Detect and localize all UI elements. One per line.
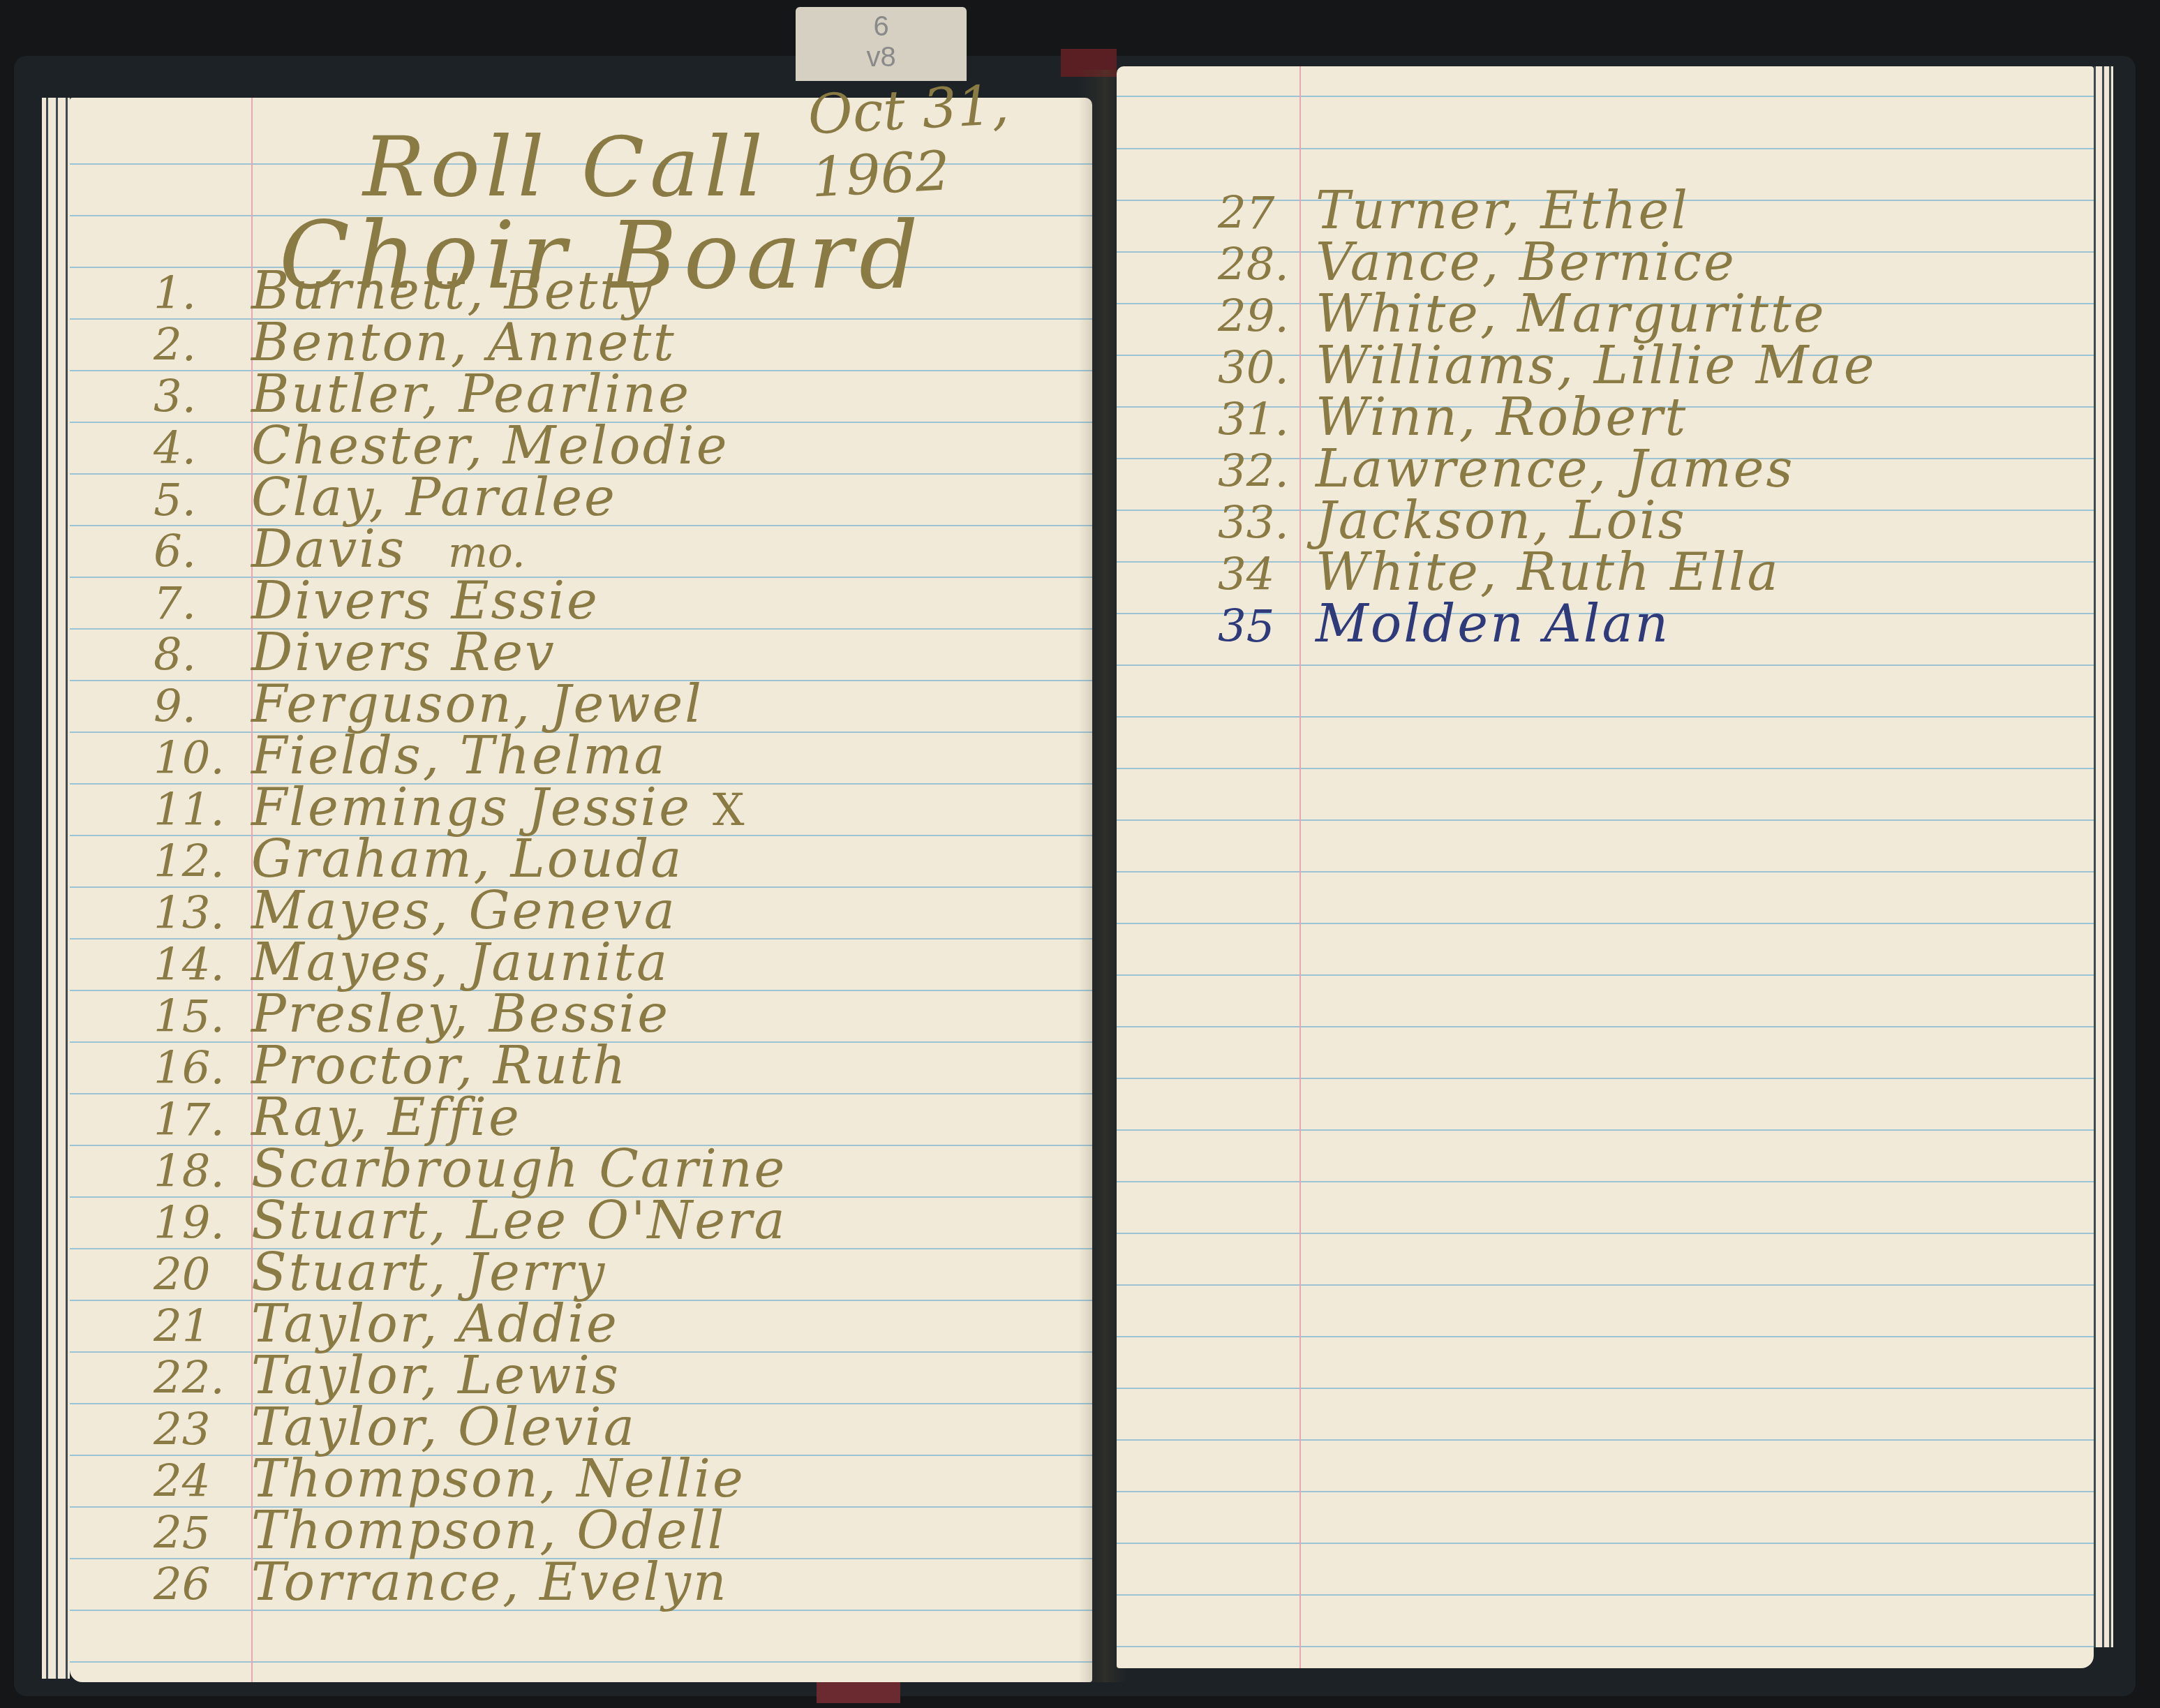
roll-entry: 29.White, Marguritte — [1218, 288, 1877, 340]
entry-name: Thompson, Nellie — [251, 1453, 745, 1505]
entry-name: Divers Essie — [251, 575, 599, 627]
page-edges-right — [2094, 66, 2113, 1647]
roll-entry: 11.Flemings JessieX — [154, 782, 787, 833]
entry-name: Davis — [251, 523, 406, 575]
roll-entry: 8.Divers Rev — [154, 627, 787, 678]
entry-number: 33. — [1218, 498, 1316, 549]
entry-name: Proctor, Ruth — [251, 1040, 628, 1092]
entry-number: 7. — [154, 578, 251, 630]
entry-number: 2. — [154, 320, 251, 371]
roll-entry: 21Taylor, Addie — [154, 1298, 787, 1350]
entry-name: Clay, Paralee — [251, 472, 617, 523]
entry-number: 18. — [154, 1146, 251, 1198]
entry-name: Ferguson, Jewel — [251, 678, 703, 730]
entry-name: Jackson, Lois — [1316, 495, 1687, 547]
spine-tab-line2: v8 — [796, 42, 967, 73]
entry-name: Torrance, Evelyn — [251, 1557, 729, 1608]
roll-entry: 2.Benton, Annett — [154, 317, 787, 369]
entry-number: 8. — [154, 630, 251, 681]
roll-entry: 7.Divers Essie — [154, 575, 787, 627]
entry-name: Mayes, Jaunita — [251, 937, 669, 988]
roll-entry: 10.Fields, Thelma — [154, 730, 787, 782]
entry-number: 5. — [154, 475, 251, 526]
roll-entry: 1.Burnett, Betty — [154, 265, 787, 317]
entry-number: 19. — [154, 1198, 251, 1249]
entry-number: 27 — [1218, 188, 1316, 239]
entry-number: 16. — [154, 1043, 251, 1094]
roll-entry: 32.Lawrence, James — [1218, 443, 1877, 495]
entry-name: Winn, Robert — [1316, 392, 1688, 443]
entry-name: Presley, Bessie — [251, 988, 670, 1040]
roll-entry-blue-ink: 35Molden Alan — [1218, 598, 1877, 650]
entry-name: Williams, Lillie Mae — [1316, 340, 1877, 392]
roll-entry: 18.Scarbrough Carine — [154, 1143, 787, 1195]
roll-entry: 19.Stuart, Lee O'Nera — [154, 1195, 787, 1247]
roll-entry: 14.Mayes, Jaunita — [154, 937, 787, 988]
roll-entry: 33.Jackson, Lois — [1218, 495, 1877, 547]
entry-name: Taylor, Lewis — [251, 1350, 620, 1402]
page-edges-left — [42, 98, 70, 1679]
roll-entry: 31.Winn, Robert — [1218, 392, 1877, 443]
spine-tab-line1: 6 — [796, 11, 967, 42]
roll-entry: 6.Davismo. — [154, 523, 787, 575]
entry-name: Molden Alan — [1316, 598, 1670, 650]
entry-number: 31. — [1218, 394, 1316, 446]
roll-entry: 34White, Ruth Ella — [1218, 547, 1877, 598]
roll-entry: 15.Presley, Bessie — [154, 988, 787, 1040]
entry-name: Chester, Melodie — [251, 420, 729, 472]
entry-name: Benton, Annett — [251, 317, 676, 369]
roll-entry: 28.Vance, Bernice — [1218, 237, 1877, 288]
entry-name: Ray, Effie — [251, 1092, 521, 1143]
entry-number: 3. — [154, 371, 251, 423]
entry-name: Taylor, Addie — [251, 1298, 619, 1350]
entry-name: Vance, Bernice — [1316, 237, 1736, 288]
x-mark: X — [713, 785, 745, 836]
entry-name: Stuart, Lee O'Nera — [251, 1195, 787, 1247]
entry-number: 24 — [154, 1456, 251, 1508]
entry-number: 9. — [154, 681, 251, 733]
roll-entry: 20Stuart, Jerry — [154, 1247, 787, 1298]
spine-tab-label: 6 v8 — [796, 7, 967, 81]
page-title: Roll Call — [363, 119, 768, 215]
right-page: 27Turner, Ethel 28.Vance, Bernice 29.Whi… — [1117, 66, 2094, 1668]
entry-number: 12. — [154, 836, 251, 888]
roll-entry: 12.Graham, Louda — [154, 833, 787, 885]
entry-number: 1. — [154, 268, 251, 320]
roll-list-left: 1.Burnett, Betty 2.Benton, Annett 3.Butl… — [154, 265, 787, 1608]
entry-name: Fields, Thelma — [251, 730, 667, 782]
entry-number: 26 — [154, 1559, 251, 1611]
roll-entry: 27Turner, Ethel — [1218, 185, 1877, 237]
roll-entry: 25Thompson, Odell — [154, 1505, 787, 1557]
entry-number: 35 — [1218, 601, 1316, 653]
entry-name: Taylor, Olevia — [251, 1402, 636, 1453]
roll-entry: 24Thompson, Nellie — [154, 1453, 787, 1505]
roll-entry: 22.Taylor, Lewis — [154, 1350, 787, 1402]
date: Oct 31, 1962 — [807, 70, 1096, 210]
roll-list-right: 27Turner, Ethel 28.Vance, Bernice 29.Whi… — [1218, 185, 1877, 650]
roll-entry: 4.Chester, Melodie — [154, 420, 787, 472]
roll-entry: 23Taylor, Olevia — [154, 1402, 787, 1453]
entry-number: 30. — [1218, 343, 1316, 394]
roll-entry: 16.Proctor, Ruth — [154, 1040, 787, 1092]
entry-number: 17. — [154, 1094, 251, 1146]
entry-name: Burnett, Betty — [251, 265, 654, 317]
entry-name: Thompson, Odell — [251, 1505, 727, 1557]
entry-name: Graham, Louda — [251, 833, 683, 885]
entry-number: 29. — [1218, 291, 1316, 343]
entry-number: 23 — [154, 1404, 251, 1456]
entry-name: Stuart, Jerry — [251, 1247, 606, 1298]
entry-number: 10. — [154, 733, 251, 785]
entry-number: 25 — [154, 1508, 251, 1559]
entry-number: 14. — [154, 940, 251, 991]
entry-number: 6. — [154, 526, 251, 578]
roll-entry: 3.Butler, Pearline — [154, 369, 787, 420]
roll-entry: 17.Ray, Effie — [154, 1092, 787, 1143]
entry-number: 4. — [154, 423, 251, 475]
entry-number: 22. — [154, 1353, 251, 1404]
entry-name: Butler, Pearline — [251, 369, 691, 420]
entry-number: 28. — [1218, 239, 1316, 291]
roll-entry: 30.Williams, Lillie Mae — [1218, 340, 1877, 392]
roll-entry: 9.Ferguson, Jewel — [154, 678, 787, 730]
entry-number: 15. — [154, 991, 251, 1043]
entry-name: White, Marguritte — [1316, 288, 1826, 340]
entry-name: Scarbrough Carine — [251, 1143, 787, 1195]
entry-number: 20 — [154, 1249, 251, 1301]
left-page: Roll Call Choir Board Oct 31, 1962 1.Bur… — [70, 98, 1092, 1682]
entry-number: 34 — [1218, 549, 1316, 601]
roll-entry: 5.Clay, Paralee — [154, 472, 787, 523]
roll-entry: 13.Mayes, Geneva — [154, 885, 787, 937]
entry-name: Flemings Jessie — [251, 782, 692, 833]
entry-name: Mayes, Geneva — [251, 885, 677, 937]
entry-name: Turner, Ethel — [1316, 185, 1690, 237]
entry-name: White, Ruth Ella — [1316, 547, 1780, 598]
entry-number: 11. — [154, 785, 251, 836]
entry-number: 32. — [1218, 446, 1316, 498]
entry-number: 13. — [154, 888, 251, 940]
entry-name: Lawrence, James — [1316, 443, 1794, 495]
entry-number: 21 — [154, 1301, 251, 1353]
roll-entry: 26Torrance, Evelyn — [154, 1557, 787, 1608]
entry-name: Divers Rev — [251, 627, 556, 678]
